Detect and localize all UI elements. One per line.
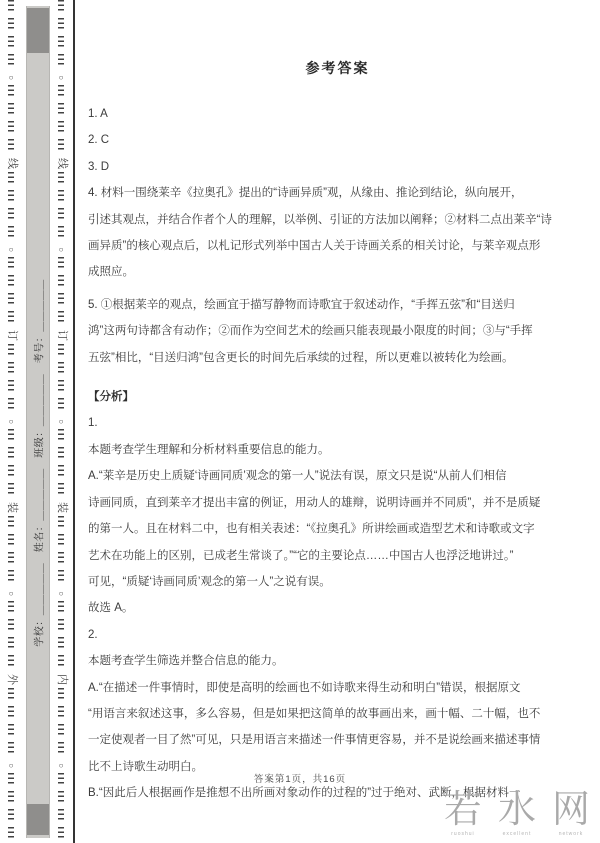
watermark-column: 若ruoshui: [444, 791, 482, 837]
analysis-text-line: 诗画同质，直到莱辛才提出丰富的例证，用动人的雄辩，说明诗画并不同质”，并不是质疑: [88, 490, 568, 516]
watermark-character: 水: [498, 791, 536, 829]
analysis-header: 【分析】: [88, 384, 568, 410]
dashed-binding-segment: [8, 344, 14, 415]
binding-circle-mark: ○: [9, 417, 14, 427]
analysis-block: 【分析】 1.本题考查学生理解和分析材料重要信息的能力。A.“莱辛是历史上质疑‘…: [88, 384, 568, 807]
analysis-text-line: 本题考查学生理解和分析材料重要信息的能力。: [88, 437, 568, 463]
analysis-text-line: 可见，“质疑‘诗画同质’观念的第一人”之说有误。: [88, 569, 568, 595]
analysis-text-line: 故选 A。: [88, 595, 568, 621]
watermark-subtext: excellent: [503, 831, 532, 837]
dashed-binding-segment: [8, 516, 14, 587]
dashed-binding-segment: [8, 257, 14, 328]
dashed-binding-segment: [58, 85, 64, 156]
analysis-text-line: 1.: [88, 410, 568, 436]
binding-line-outer: ○线○订○装○外○: [4, 0, 18, 843]
binding-line-char: 线: [5, 158, 18, 169]
answer-text-line: 成照应。: [88, 259, 568, 285]
dashed-binding-segment: [8, 429, 14, 500]
page-number-footer: 答案第1页，共16页: [0, 771, 600, 785]
question5-answer-block: 5. ①根据莱辛的观点，绘画宜于描写静物而诗歌宜于叙述动作，“手挥五弦”和“目送…: [88, 292, 568, 371]
dashed-binding-segment: [8, 85, 14, 156]
dashed-binding-segment: [8, 0, 14, 71]
dashed-binding-segment: [58, 257, 64, 328]
dashed-binding-segment: [58, 0, 64, 71]
answer-text-line: 画异质”的核心观点后，以札记形式列举中国古人关于诗画关系的相关讨论，与莱辛观点形: [88, 233, 568, 259]
analysis-text-line: A.“莱辛是历史上质疑‘诗画同质’观念的第一人”说法有误，原文只是说“从前人们相…: [88, 463, 568, 489]
binding-line-char: 装: [55, 502, 68, 513]
dashed-binding-segment: [58, 516, 64, 587]
choice-answers-block: 1. A2. C3. D: [88, 101, 568, 180]
analysis-lines: 1.本题考查学生理解和分析材料重要信息的能力。A.“莱辛是历史上质疑‘诗画同质’…: [88, 410, 568, 806]
watermark-character: 若: [444, 791, 482, 829]
site-watermark: 若ruoshui水excellent网network: [444, 791, 590, 837]
analysis-text-line: “用语言来叙述这事，多么容易，但是如果把这简单的故事画出来，画十幅、二十幅，也不: [88, 701, 568, 727]
dashed-binding-segment: [58, 172, 64, 243]
binding-circle-mark: ○: [59, 73, 64, 83]
analysis-text-line: A.“在描述一件事情时，即使是高明的绘画也不如诗歌来得生动和明白”错误，根据原文: [88, 675, 568, 701]
student-info-fields: 学校：＿＿＿＿＿ 姓名：＿＿＿＿＿ 班级：＿＿＿＿＿ 考号：＿＿＿＿＿: [31, 279, 46, 647]
binding-name-strip: 学校：＿＿＿＿＿ 姓名：＿＿＿＿＿ 班级：＿＿＿＿＿ 考号：＿＿＿＿＿: [26, 6, 50, 838]
dashed-binding-segment: [58, 344, 64, 415]
watermark-column: 水excellent: [498, 791, 536, 837]
binding-line-char: 线: [55, 158, 68, 169]
dashed-binding-segment: [58, 429, 64, 500]
binding-circle-mark: ○: [9, 73, 14, 83]
page-title: 参考答案: [75, 58, 600, 78]
dashed-binding-segment: [8, 688, 14, 759]
analysis-text-line: 本题考查学生筛选并整合信息的能力。: [88, 648, 568, 674]
binding-circle-mark: ○: [59, 245, 64, 255]
binding-line-char: 内: [55, 674, 68, 685]
question4-answer-block: 4. 材料一围绕莱辛《拉奥孔》提出的“诗画异质”观，从缘由、推论到结论，纵向展开…: [88, 180, 568, 286]
binding-line-char: 订: [5, 330, 18, 341]
answer-text-line: 五弦”相比，“目送归鸿”包含更长的时间先后承续的过程，所以更难以被转化为绘画。: [88, 345, 568, 371]
watermark-subtext: network: [559, 831, 584, 837]
binding-circle-mark: ○: [59, 417, 64, 427]
answer-content: 1. A2. C3. D 4. 材料一围绕莱辛《拉奥孔》提出的“诗画异质”观，从…: [88, 101, 568, 807]
binding-circle-mark: ○: [59, 761, 64, 771]
binding-circle-mark: ○: [9, 245, 14, 255]
dashed-binding-segment: [8, 601, 14, 672]
choice-answer-line: 3. D: [88, 154, 568, 180]
strip-dark-block-top: [27, 8, 49, 53]
binding-circle-mark: ○: [9, 761, 14, 771]
binding-line-char: 订: [55, 330, 68, 341]
binding-line-inner: ○线○订○装○内○: [54, 0, 68, 843]
dashed-binding-segment: [8, 172, 14, 243]
binding-circle-mark: ○: [9, 589, 14, 599]
binding-line-char: 装: [5, 502, 18, 513]
answer-text-line: 鸿”这两句诗都含有动作；②而作为空间艺术的绘画只能表现最小限度的时间；③与“手挥: [88, 318, 568, 344]
watermark-subtext: ruoshui: [451, 831, 474, 837]
watermark-character: 网: [552, 791, 590, 829]
analysis-text-line: 一定使观者一目了然”可见，只是用语言来描述一件事情更容易，并不是说绘画来描述事情: [88, 727, 568, 753]
dashed-binding-segment: [58, 601, 64, 672]
answer-text-line: 引述其观点，并结合作者个人的理解，以举例、引证的方法加以阐释；②材料二点出莱辛“…: [88, 207, 568, 233]
binding-circle-mark: ○: [59, 589, 64, 599]
answer-text-line: 4. 材料一围绕莱辛《拉奥孔》提出的“诗画异质”观，从缘由、推论到结论，纵向展开…: [88, 180, 568, 206]
choice-answer-line: 1. A: [88, 101, 568, 127]
answer-page: 参考答案 1. A2. C3. D 4. 材料一围绕莱辛《拉奥孔》提出的“诗画异…: [75, 0, 600, 843]
analysis-text-line: 艺术在功能上的区别，已成老生常谈了。”“它的主要论点……中国古人也浮泛地讲过。”: [88, 543, 568, 569]
analysis-text-line: 2.: [88, 622, 568, 648]
answer-text-line: 5. ①根据莱辛的观点，绘画宜于描写静物而诗歌宜于叙述动作，“手挥五弦”和“目送…: [88, 292, 568, 318]
dashed-binding-segment: [58, 688, 64, 759]
analysis-text-line: 的第一人。且在材料二中，也有相关表述：“《拉奥孔》所讲绘画或造型艺术和诗歌或文字: [88, 516, 568, 542]
binding-line-char: 外: [5, 674, 18, 685]
choice-answer-line: 2. C: [88, 127, 568, 153]
strip-dark-block-bottom: [27, 804, 49, 835]
watermark-column: 网network: [552, 791, 590, 837]
